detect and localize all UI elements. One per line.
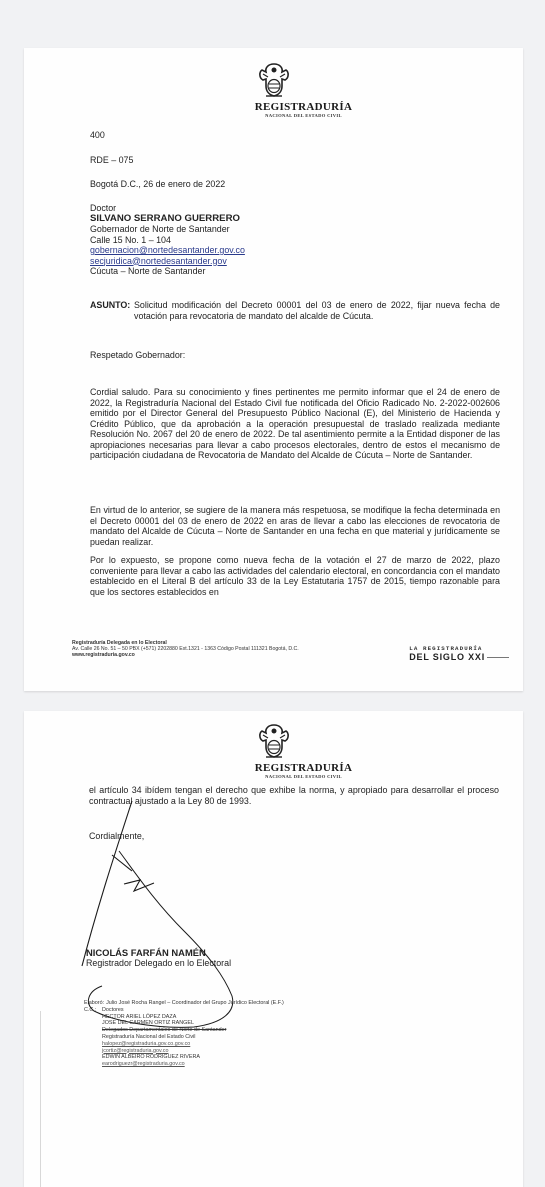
signer-title: Registrador Delegado en lo Electoral: [86, 958, 496, 969]
letter-page-2: REGISTRADURÍA NACIONAL DEL ESTADO CIVIL …: [24, 711, 523, 1187]
recipient-address: Calle 15 No. 1 – 104: [90, 235, 500, 246]
body-paragraph: En virtud de lo anterior, se sugiere de …: [90, 505, 500, 547]
footer-slogan: LA REGISTRADURÍA DEL SIGLO XXI: [409, 645, 509, 662]
date-line: Bogotá D.C., 26 de enero de 2022: [90, 179, 500, 190]
brand-name: REGISTRADURÍA: [84, 762, 523, 774]
body-paragraph: Cordial saludo. Para su conocimiento y f…: [90, 387, 500, 461]
letterhead: REGISTRADURÍA NACIONAL DEL ESTADO CIVIL: [24, 721, 523, 779]
cc-line: HECTOR ARIEL LÓPEZ DAZA: [102, 1014, 176, 1021]
slogan-line-1: LA REGISTRADURÍA: [409, 645, 509, 652]
letter-page-1: REGISTRADURÍA NACIONAL DEL ESTADO CIVIL …: [24, 48, 523, 691]
subject-text: Solicitud modificación del Decreto 00001…: [134, 300, 500, 321]
body-paragraph: Por lo expuesto, se propone como nueva f…: [90, 555, 500, 597]
prepared-by-row: Elaboró: Julio José Rocha Rangel – Coord…: [84, 1000, 284, 1007]
greeting: Respetado Gobernador:: [90, 350, 500, 361]
signer-name: NICOLÁS FARFÁN NAMÉN: [86, 947, 496, 958]
signer-block: NICOLÁS FARFÁN NAMÉN Registrador Delegad…: [86, 947, 496, 969]
subject-label: ASUNTO:: [90, 300, 134, 321]
handwritten-signature-icon: [74, 791, 334, 1031]
cc-email-link[interactable]: jcortiz@registraduria.gov.co: [102, 1048, 169, 1055]
recipient-city: Cúcuta – Norte de Santander: [90, 266, 500, 277]
cc-line: JOSE DEL CARMEN ORTIZ RANGEL: [102, 1020, 194, 1027]
cc-email-link[interactable]: earodriguezr@registraduria.gov.co: [102, 1061, 185, 1068]
brand-subtitle: NACIONAL DEL ESTADO CIVIL: [84, 774, 523, 779]
letterhead: REGISTRADURÍA NACIONAL DEL ESTADO CIVIL: [24, 60, 523, 118]
prepared-by-label: Elaboró:: [84, 1000, 104, 1007]
brand-name: REGISTRADURÍA: [84, 101, 523, 113]
cc-email-link[interactable]: halopez@registraduria.gov.co.gov.co: [102, 1041, 190, 1048]
slogan-line-2: DEL SIGLO XXI: [409, 652, 509, 662]
prepared-by-text: Julio José Rocha Rangel – Coordinador de…: [106, 1000, 284, 1007]
recipient-name: SILVANO SERRANO GUERRERO: [90, 214, 500, 225]
recipient-position: Gobernador de Norte de Santander: [90, 224, 500, 235]
recipient-title: Doctor: [90, 203, 500, 214]
brand-subtitle: NACIONAL DEL ESTADO CIVIL: [84, 113, 523, 118]
subject-block: ASUNTO: Solicitud modificación del Decre…: [90, 300, 500, 321]
recipient-email-link[interactable]: secjuridica@nortedesantander.gov: [90, 256, 500, 267]
cc-row: C.C.: Doctores: [84, 1007, 284, 1014]
slogan-rule: [487, 657, 509, 658]
continuation-paragraph: el artículo 34 ibídem tengan el derecho …: [89, 785, 499, 806]
cc-line: Doctores: [102, 1007, 124, 1014]
closing: Cordialmente,: [89, 831, 499, 842]
coat-of-arms-icon: [254, 721, 294, 761]
cc-line: EDWIN ALBEIRO RODRIGUEZ RIVERA: [102, 1054, 200, 1061]
reference-code: RDE – 075: [90, 155, 500, 166]
reference-number: 400: [90, 130, 500, 141]
recipient-email-link[interactable]: gobernacion@nortedesantander.gov.co: [90, 245, 500, 256]
coat-of-arms-icon: [254, 60, 294, 100]
distribution-block: Elaboró: Julio José Rocha Rangel – Coord…: [84, 1000, 284, 1068]
recipient-block: Doctor SILVANO SERRANO GUERRERO Gobernad…: [90, 203, 500, 277]
cc-line: Registraduría Nacional del Estado Civil: [102, 1034, 195, 1041]
scan-edge-line: [40, 1011, 41, 1187]
cc-label: C.C.:: [84, 1007, 102, 1014]
cc-line: Delegados Departamentales de Norte de Sa…: [102, 1027, 226, 1034]
slogan-line-2-text: DEL SIGLO XXI: [409, 652, 485, 662]
